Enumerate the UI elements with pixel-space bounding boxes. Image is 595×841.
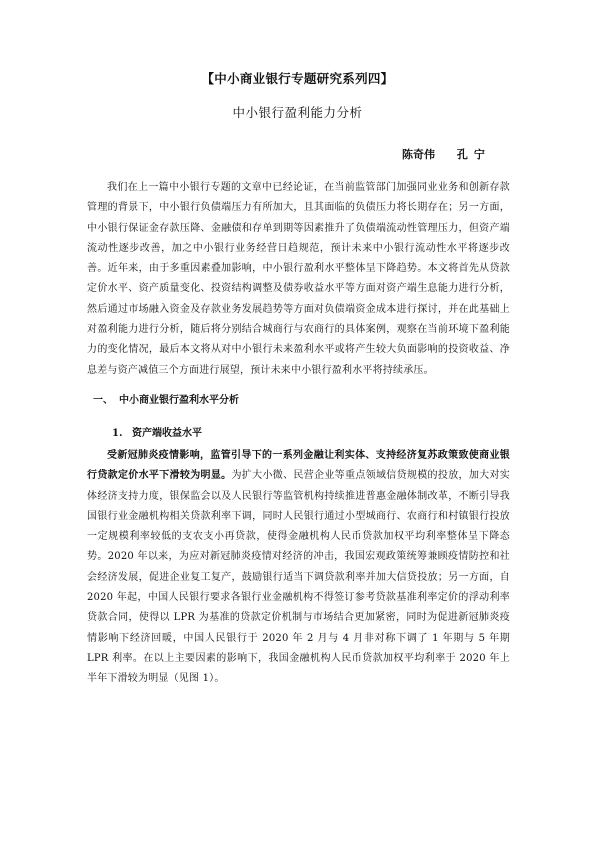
section-title: 中小商业银行盈利水平分析	[119, 395, 239, 406]
subsection-heading: 1.资产端收益水平	[112, 424, 202, 439]
body-text: 为扩大小微、民营企业等重点领域信贷规模的投放，加大对实体经济支持力度，银保监会以…	[87, 470, 510, 684]
intro-paragraph: 我们在上一篇中小银行专题的文章中已经论证，在当前监管部门加强同业业务和创新存款管…	[87, 178, 510, 381]
body-paragraph: 受新冠肺炎疫情影响，监管引导下的一系列金融让利实体、支持经济复苏政策致使商业银行…	[87, 446, 510, 690]
author-name: 陈奇伟	[402, 146, 435, 162]
subsection-title: 资产端收益水平	[132, 428, 202, 439]
section-heading: 一、中小商业银行盈利水平分析	[93, 391, 239, 406]
document-page: 【中小商业银行专题研究系列四】 中小银行盈利能力分析 陈奇伟 孔宁 我们在上一篇…	[0, 0, 595, 841]
series-title: 【中小商业银行专题研究系列四】	[0, 69, 595, 87]
section-number: 一、	[93, 391, 119, 406]
author-name: 孔宁	[457, 146, 491, 162]
subsection-number: 1.	[112, 428, 132, 439]
authors: 陈奇伟 孔宁	[402, 146, 491, 162]
document-title: 中小银行盈利能力分析	[0, 103, 595, 121]
